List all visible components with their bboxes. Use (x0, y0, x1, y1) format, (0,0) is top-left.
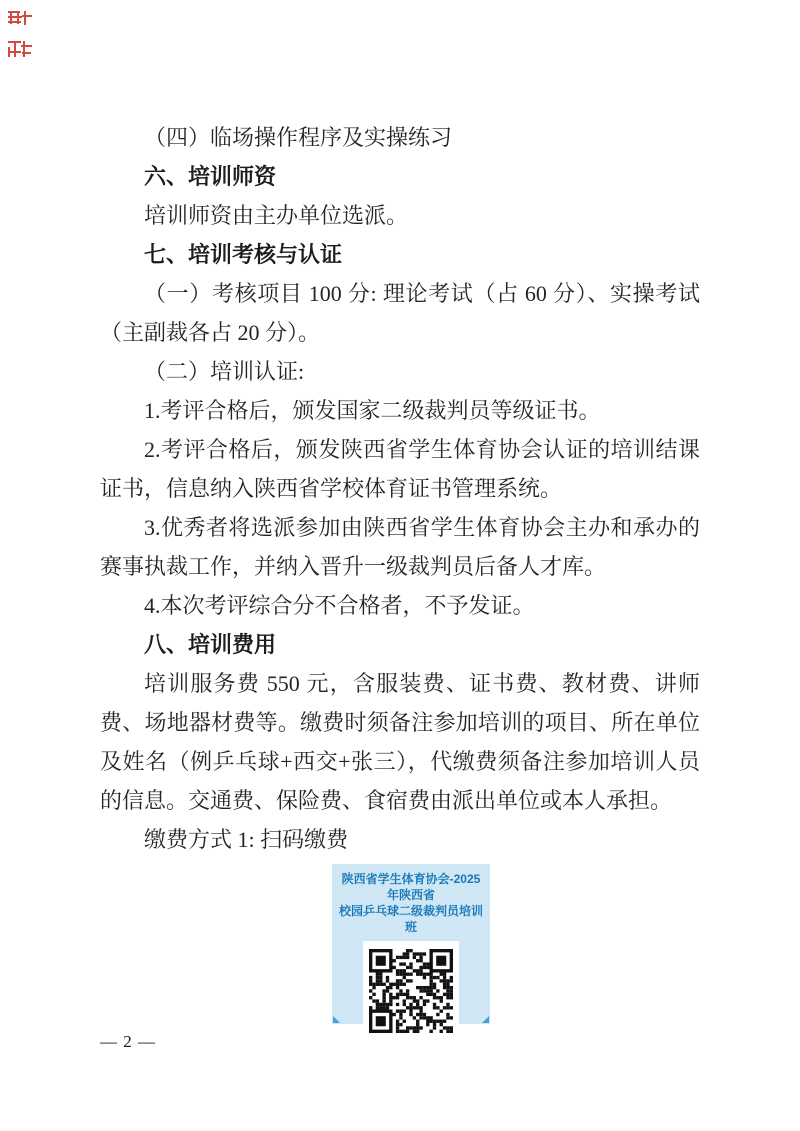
selection-handle-left-icon (333, 1016, 340, 1023)
paragraph-section4-item: （四）临场操作程序及实操练习 (100, 118, 700, 157)
paragraph-cert-item-3: 3.优秀者将选派参加由陕西省学生体育协会主办和承办的赛事执裁工作，并纳入晋升一级… (100, 508, 700, 586)
qr-code-frame (363, 941, 459, 1041)
section-heading-6: 六、培训师资 (100, 157, 700, 196)
section-heading-8: 八、培训费用 (100, 625, 700, 664)
page-number: — 2 — (100, 1032, 156, 1052)
paragraph-cert-item-1: 1.考评合格后，颁发国家二级裁判员等级证书。 (100, 391, 700, 430)
paragraph-cert-item-4: 4.本次考评综合分不合格者，不予发证。 (100, 586, 700, 625)
paragraph-payment-method: 缴费方式 1: 扫码缴费 (100, 820, 700, 859)
document-page: （四）临场操作程序及实操练习 六、培训师资 培训师资由主办单位选派。 七、培训考… (0, 0, 800, 1131)
qr-title-line-2: 校园乒乓球二级裁判员培训班 (336, 903, 486, 935)
section-heading-7: 七、培训考核与认证 (100, 235, 700, 274)
paragraph-assessment: （一）考核项目 100 分: 理论考试（占 60 分）、实操考试（主副裁各占 2… (100, 274, 700, 352)
qr-title-line-1: 陕西省学生体育协会-2025年陕西省 (336, 871, 486, 903)
paragraph-certification: （二）培训认证: (100, 352, 700, 391)
selection-handle-right-icon (482, 1016, 489, 1023)
qr-code-icon (369, 949, 453, 1033)
paragraph-cert-item-2: 2.考评合格后，颁发陕西省学生体育协会认证的培训结课证书，信息纳入陕西省学校体育… (100, 430, 700, 508)
red-stamp-marks (5, 8, 35, 64)
document-body: （四）临场操作程序及实操练习 六、培训师资 培训师资由主办单位选派。 七、培训考… (100, 118, 700, 1024)
paragraph-fees: 培训服务费 550 元，含服装费、证书费、教材费、讲师费、场地器材费等。缴费时须… (100, 664, 700, 820)
paragraph-teachers: 培训师资由主办单位选派。 (100, 196, 700, 235)
red-stamp-icon (5, 8, 35, 64)
payment-qr-block: 陕西省学生体育协会-2025年陕西省 校园乒乓球二级裁判员培训班 (332, 864, 490, 1024)
